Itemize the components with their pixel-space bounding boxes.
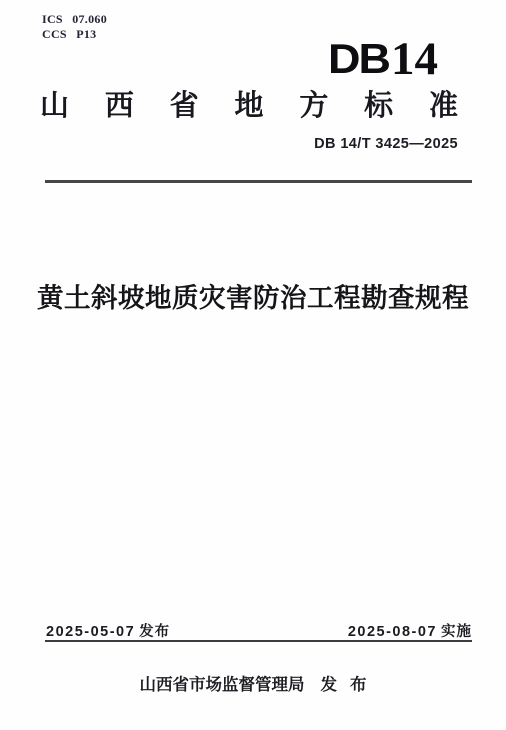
document-title: 黄土斜坡地质灾害防治工程勘查规程 bbox=[0, 276, 506, 315]
standard-category-title: 山西省地方标准 bbox=[40, 90, 458, 122]
classification-codes: ICS 07.060 CCS P13 bbox=[42, 12, 107, 42]
dates-row: 2025-05-07发布 2025-08-07实施 bbox=[46, 620, 472, 641]
publisher-row: 山西省市场监督管理局发布 bbox=[0, 671, 506, 695]
ccs-code: CCS P13 bbox=[42, 27, 107, 42]
release-date-group: 2025-05-07发布 bbox=[46, 620, 170, 641]
standard-number: DB 14/T 3425—2025 bbox=[314, 136, 458, 152]
db14-logo: DB14 bbox=[328, 36, 438, 83]
db-logo-prefix: DB bbox=[328, 38, 389, 79]
implement-date-group: 2025-08-07实施 bbox=[348, 620, 472, 641]
publisher-org: 山西省市场监督管理局 bbox=[140, 676, 305, 694]
publisher-issued-label: 发布 bbox=[321, 676, 380, 694]
release-date: 2025-05-07 bbox=[46, 624, 135, 640]
release-label: 发布 bbox=[139, 624, 170, 640]
ics-code: ICS 07.060 bbox=[42, 12, 107, 27]
footer-divider-rule bbox=[45, 640, 472, 642]
standard-cover-page: ICS 07.060 CCS P13 DB14 山西省地方标准 DB 14/T … bbox=[0, 0, 506, 730]
db-logo-region-code: 14 bbox=[391, 33, 438, 85]
header-divider-rule bbox=[45, 180, 472, 183]
implement-date: 2025-08-07 bbox=[348, 624, 437, 640]
implement-label: 实施 bbox=[441, 624, 472, 640]
